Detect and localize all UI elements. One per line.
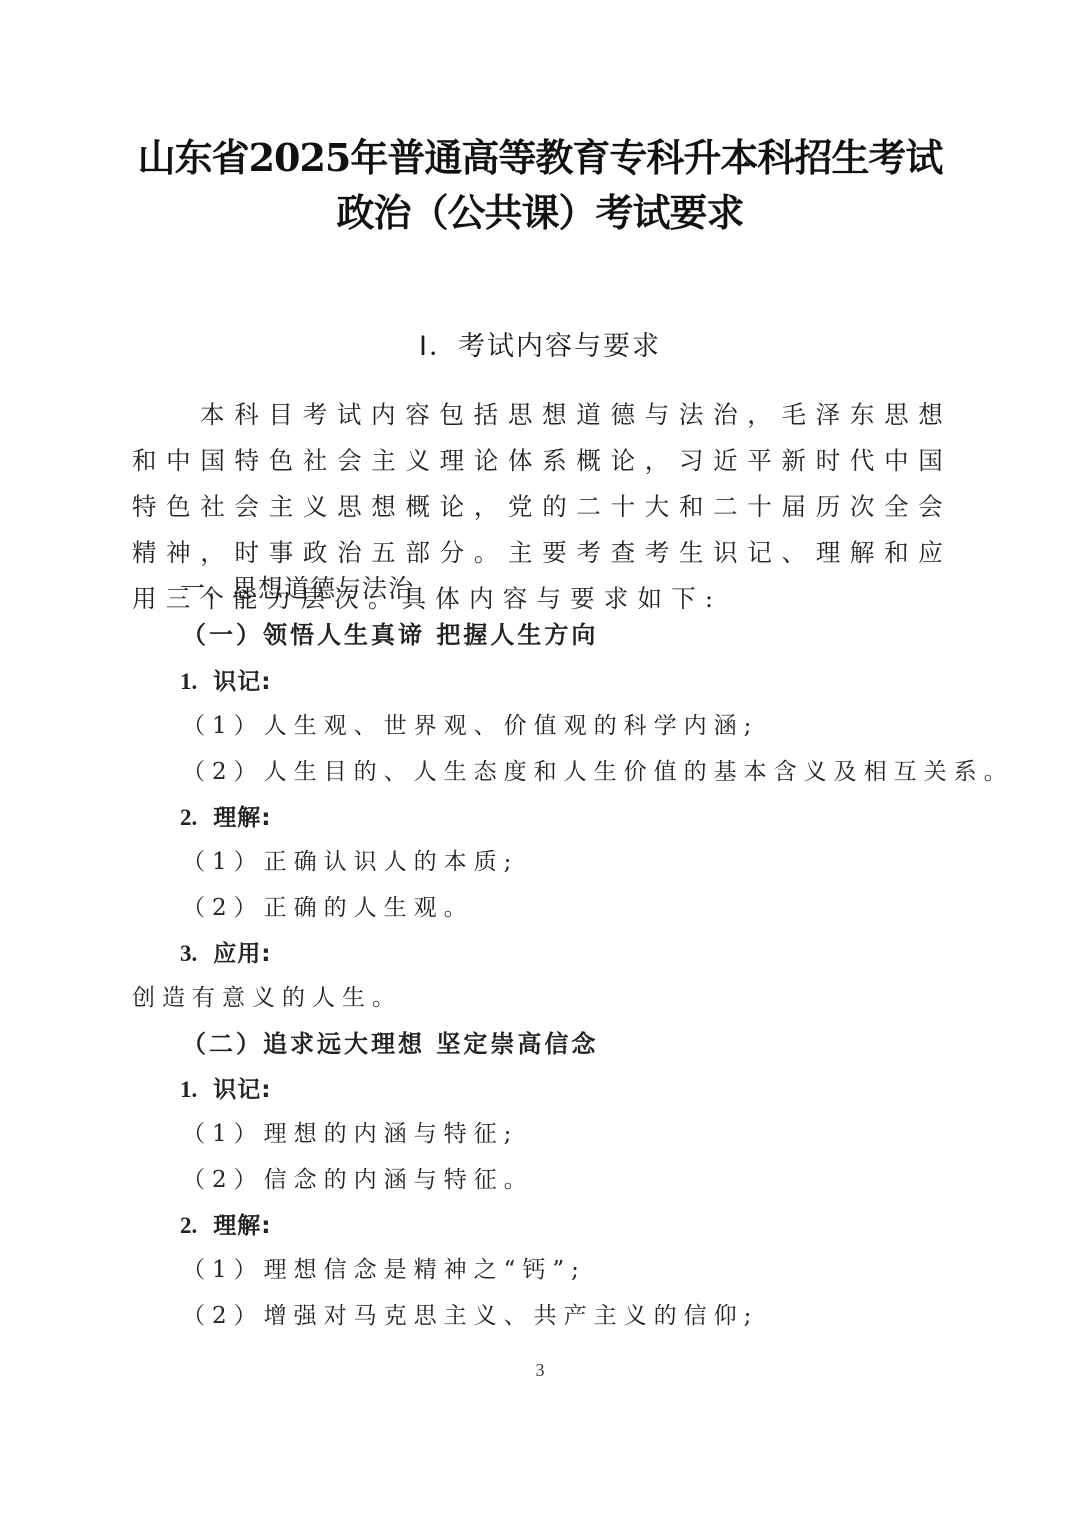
part-heading: 一、思想道德与法治 [180,576,414,601]
level-label: 理解: [213,805,271,831]
page-number: 3 [0,1360,1080,1381]
section-heading: I．考试内容与要求 [0,333,1080,360]
level-number: 3. [180,941,197,966]
level-heading-understand: 2.理解: [180,1214,271,1238]
level-number: 2. [180,805,197,830]
level-number: 1. [180,1077,197,1102]
list-item: （2）信念的内涵与特征。 [182,1169,534,1192]
list-item: （2）正确的人生观。 [182,897,474,920]
list-item: （1）理想的内涵与特征; [182,1123,518,1146]
list-item: （2）增强对马克思主义、共产主义的信仰; [182,1305,758,1328]
level-label: 应用: [213,941,271,967]
list-item: （1）理想信念是精神之“钙”; [182,1259,586,1282]
list-item: （1）正确认识人的本质; [182,851,518,874]
apply-text: 创造有意义的人生。 [132,987,402,1010]
level-number: 2. [180,1213,197,1238]
level-heading-recall: 1.识记: [180,670,271,694]
list-item: （1）人生观、世界观、价值观的科学内涵; [182,715,758,738]
level-heading-apply: 3.应用: [180,942,271,966]
level-heading-recall: 1.识记: [180,1078,271,1102]
level-label: 理解: [213,1213,271,1239]
subsection-heading: （一）领悟人生真谛 把握人生方向 [182,623,598,647]
level-heading-understand: 2.理解: [180,806,271,830]
list-item: （2）人生目的、人生态度和人生价值的基本含义及相互关系。 [182,761,1014,784]
level-number: 1. [180,669,197,694]
level-label: 识记: [213,1077,271,1103]
document-title-line1: 山东省2025年普通高等教育专科升本科招生考试 [0,139,1080,177]
subsection-heading: （二）追求远大理想 坚定崇高信念 [182,1032,598,1056]
level-label: 识记: [213,669,271,695]
document-page: 山东省2025年普通高等教育专科升本科招生考试 政治（公共课）考试要求 I．考试… [0,0,1080,1527]
document-title-line2: 政治（公共课）考试要求 [0,194,1080,232]
